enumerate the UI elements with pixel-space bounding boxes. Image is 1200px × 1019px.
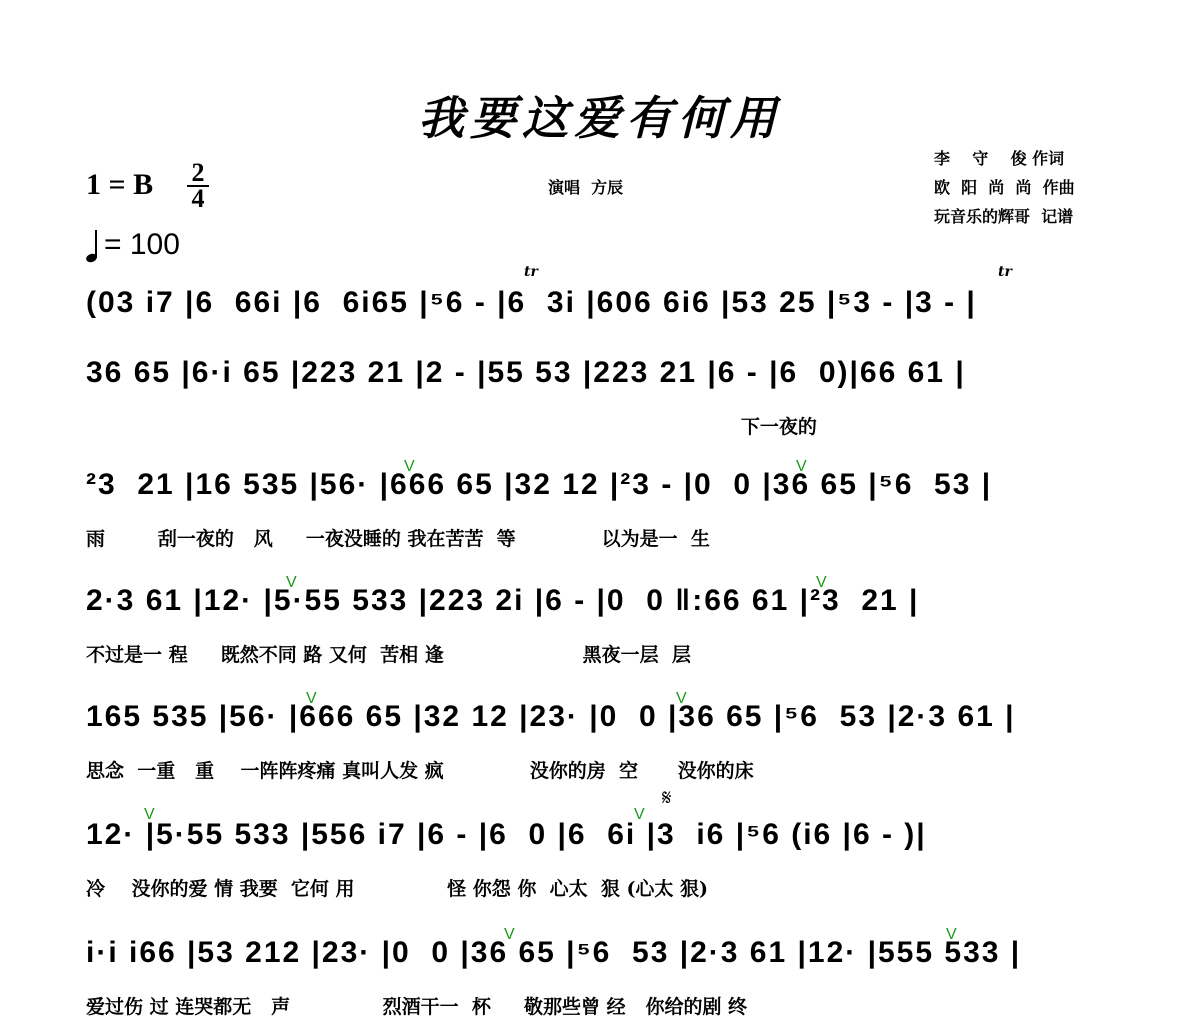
score-row-7: i·i i66 |53 212 |23· |0 0 |36 65 |⁵6 53 … (86, 936, 1116, 996)
notation-line: ²3 21 |16 535 |56· |666 65 |32 12 |²3 - … (86, 468, 992, 502)
key-signature: 1 = B (86, 168, 153, 202)
breath-mark-icon: V (816, 574, 827, 592)
breath-mark-icon: V (634, 806, 645, 824)
breath-mark-icon: V (946, 926, 957, 944)
notation-line: 2·3 61 |12· |5·55 533 |223 2i |6 - |0 0 … (86, 584, 919, 618)
breath-mark-icon: V (306, 690, 317, 708)
credits-block: 李 守 俊 作词 欧 阳 尚 尚 作曲 玩音乐的辉哥 记谱 (934, 144, 1075, 231)
lyrics-line: 下一夜的 (86, 412, 817, 439)
composer-credit: 欧 阳 尚 尚 作曲 (934, 173, 1075, 202)
segno-icon: 𝄋 (662, 786, 671, 811)
trill-mark: tr (998, 264, 1012, 280)
score-row-4: 2·3 61 |12· |5·55 533 |223 2i |6 - |0 0 … (86, 584, 1116, 644)
breath-mark-icon: V (796, 458, 807, 476)
breath-mark-icon: V (286, 574, 297, 592)
lyrics-line: 冷 没你的爱 情 我要 它何 用 怪 你怨 你 心太 狠 (心太 狠) (86, 874, 708, 901)
time-signature-top: 2 (187, 162, 209, 184)
transcriber-credit: 玩音乐的辉哥 记谱 (934, 202, 1075, 231)
score-row-5: 165 535 |56· |666 65 |32 12 |23· |0 0 |3… (86, 700, 1116, 760)
score-row-2: 36 65 |6·i 65 |223 21 |2 - |55 53 |223 2… (86, 356, 1116, 416)
lyrics-line: 思念 一重 重 一阵阵疼痛 真叫人发 疯 没你的房 空 没你的床 (86, 756, 754, 783)
notation-line: 165 535 |56· |666 65 |32 12 |23· |0 0 |3… (86, 700, 1016, 734)
notation-line: i·i i66 |53 212 |23· |0 0 |36 65 |⁵6 53 … (86, 936, 1021, 970)
breath-mark-icon: V (676, 690, 687, 708)
tempo-value: = 100 (104, 228, 180, 262)
trill-mark: tr (524, 264, 538, 280)
notation-line: 12· |5·55 533 |556 i7 |6 - |6 0 |6 6i |3… (86, 818, 927, 852)
tempo-marking: = 100 (86, 228, 180, 262)
score-row-6: 12· |5·55 533 |556 i7 |6 - |6 0 |6 6i |3… (86, 818, 1116, 878)
singer-credit: 演唱 方辰 (548, 175, 623, 198)
lyrics-line: 不过是一 程 既然不同 路 又何 苦相 逢 黑夜一层 层 (86, 640, 691, 667)
notation-line: 36 65 |6·i 65 |223 21 |2 - |55 53 |223 2… (86, 356, 966, 390)
lyrics-line: 爱过伤 过 连哭都无 声 烈酒干一 杯 敬那些曾 经 你给的剧 终 (86, 992, 747, 1019)
quarter-note-icon (86, 228, 100, 262)
score-row-1: (03 i7 |6 66i |6 6i65 |⁵6 - |6 3i |606 6… (86, 286, 1116, 346)
lyrics-line: 雨 刮一夜的 风 一夜没睡的 我在苦苦 等 以为是一 生 (86, 524, 710, 551)
breath-mark-icon: V (504, 926, 515, 944)
score-row-3: ²3 21 |16 535 |56· |666 65 |32 12 |²3 - … (86, 468, 1116, 528)
lyricist-credit: 李 守 俊 作词 (934, 144, 1075, 173)
time-signature-bottom: 4 (187, 188, 209, 210)
breath-mark-icon: V (144, 806, 155, 824)
breath-mark-icon: V (404, 458, 415, 476)
notation-line: (03 i7 |6 66i |6 6i65 |⁵6 - |6 3i |606 6… (86, 286, 977, 320)
song-title: 我要这爱有何用 (0, 82, 1200, 148)
time-signature: 2 4 (187, 162, 209, 210)
